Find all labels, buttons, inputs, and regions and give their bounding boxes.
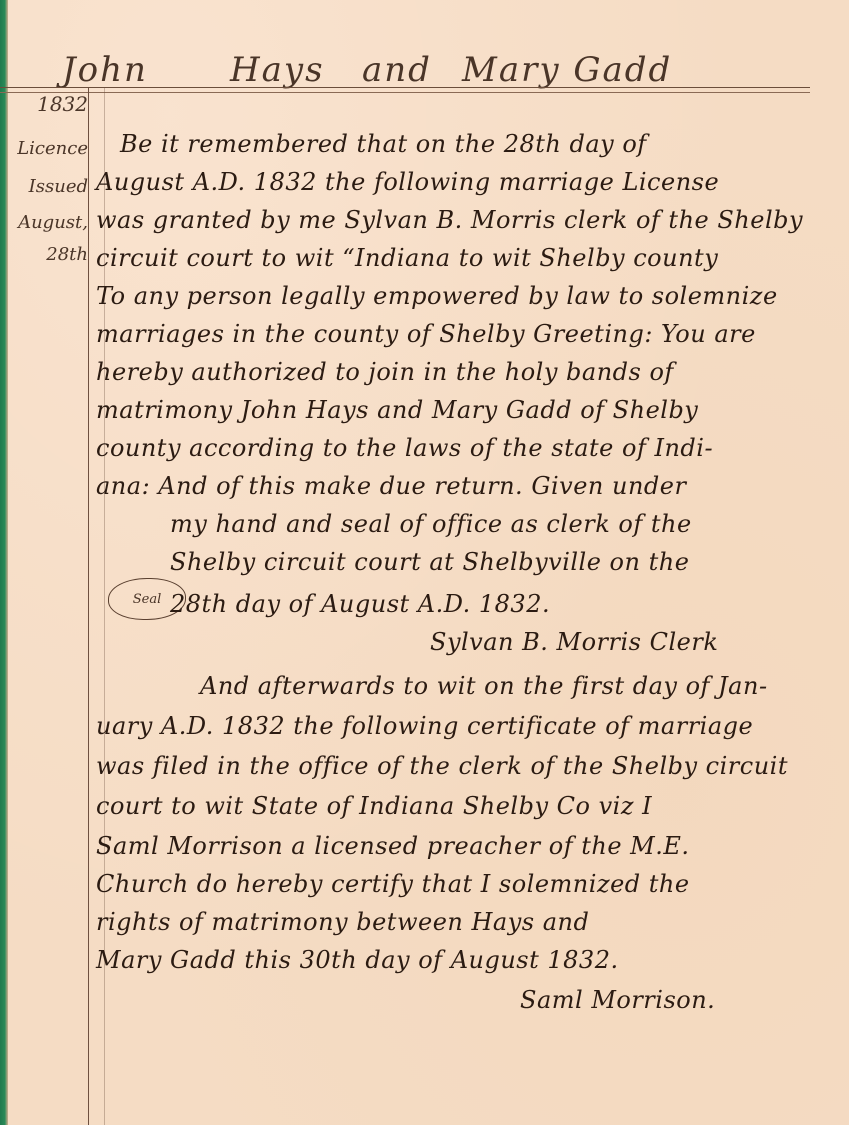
text-line: county according to the laws of the stat…: [96, 434, 713, 462]
text-line: court to wit State of Indiana Shelby Co …: [96, 792, 652, 820]
title-bride-name: Mary Gadd: [462, 50, 672, 90]
seal-label: Seal: [133, 592, 162, 607]
text-line: was granted by me Sylvan B. Morris clerk…: [96, 206, 803, 234]
text-line: Mary Gadd this 30th day of August 1832.: [96, 946, 619, 974]
text-line: uary A.D. 1832 the following certificate…: [96, 712, 753, 740]
record-title: John Hays and Mary Gadd: [62, 34, 762, 94]
text-line: was filed in the office of the clerk of …: [96, 752, 788, 780]
title-groom-first-name: John: [62, 50, 148, 90]
margin-rule: [88, 88, 89, 1125]
title-conjunction: and: [362, 50, 432, 90]
text-line: circuit court to wit “Indiana to wit She…: [96, 244, 718, 272]
title-groom-surname: Hays: [230, 50, 325, 90]
text-line: matrimony John Hays and Mary Gadd of She…: [96, 396, 698, 424]
text-line: 28th day of August A.D. 1832.: [170, 590, 550, 618]
margin-day: 28th: [4, 244, 88, 265]
text-line: ana: And of this make due return. Given …: [96, 472, 686, 500]
text-line: Saml Morrison a licensed preacher of the…: [96, 832, 690, 860]
margin-year: 1832: [4, 92, 88, 116]
text-line: To any person legally empowered by law t…: [96, 282, 778, 310]
text-line: Church do hereby certify that I solemniz…: [96, 870, 690, 898]
text-line: Shelby circuit court at Shelbyville on t…: [170, 548, 689, 576]
green-binding-edge: [0, 0, 8, 1125]
header-double-rule: [0, 87, 810, 93]
text-line: my hand and seal of office as clerk of t…: [170, 510, 692, 538]
text-line: And afterwards to wit on the first day o…: [200, 672, 768, 700]
signature-preacher: Saml Morrison.: [520, 986, 715, 1014]
text-line: marriages in the county of Shelby Greeti…: [96, 320, 756, 348]
margin-month: August,: [4, 212, 88, 233]
document-page: John Hays and Mary Gadd 1832 Licence Iss…: [0, 0, 849, 1125]
margin-issued: Issued: [4, 176, 88, 197]
text-line: hereby authorized to join in the holy ba…: [96, 358, 674, 386]
signature-clerk: Sylvan B. Morris Clerk: [430, 628, 718, 656]
text-line: August A.D. 1832 the following marriage …: [96, 168, 719, 196]
text-line: Be it remembered that on the 28th day of: [120, 130, 647, 158]
margin-licence: Licence: [4, 138, 88, 159]
text-line: rights of matrimony between Hays and: [96, 908, 589, 936]
